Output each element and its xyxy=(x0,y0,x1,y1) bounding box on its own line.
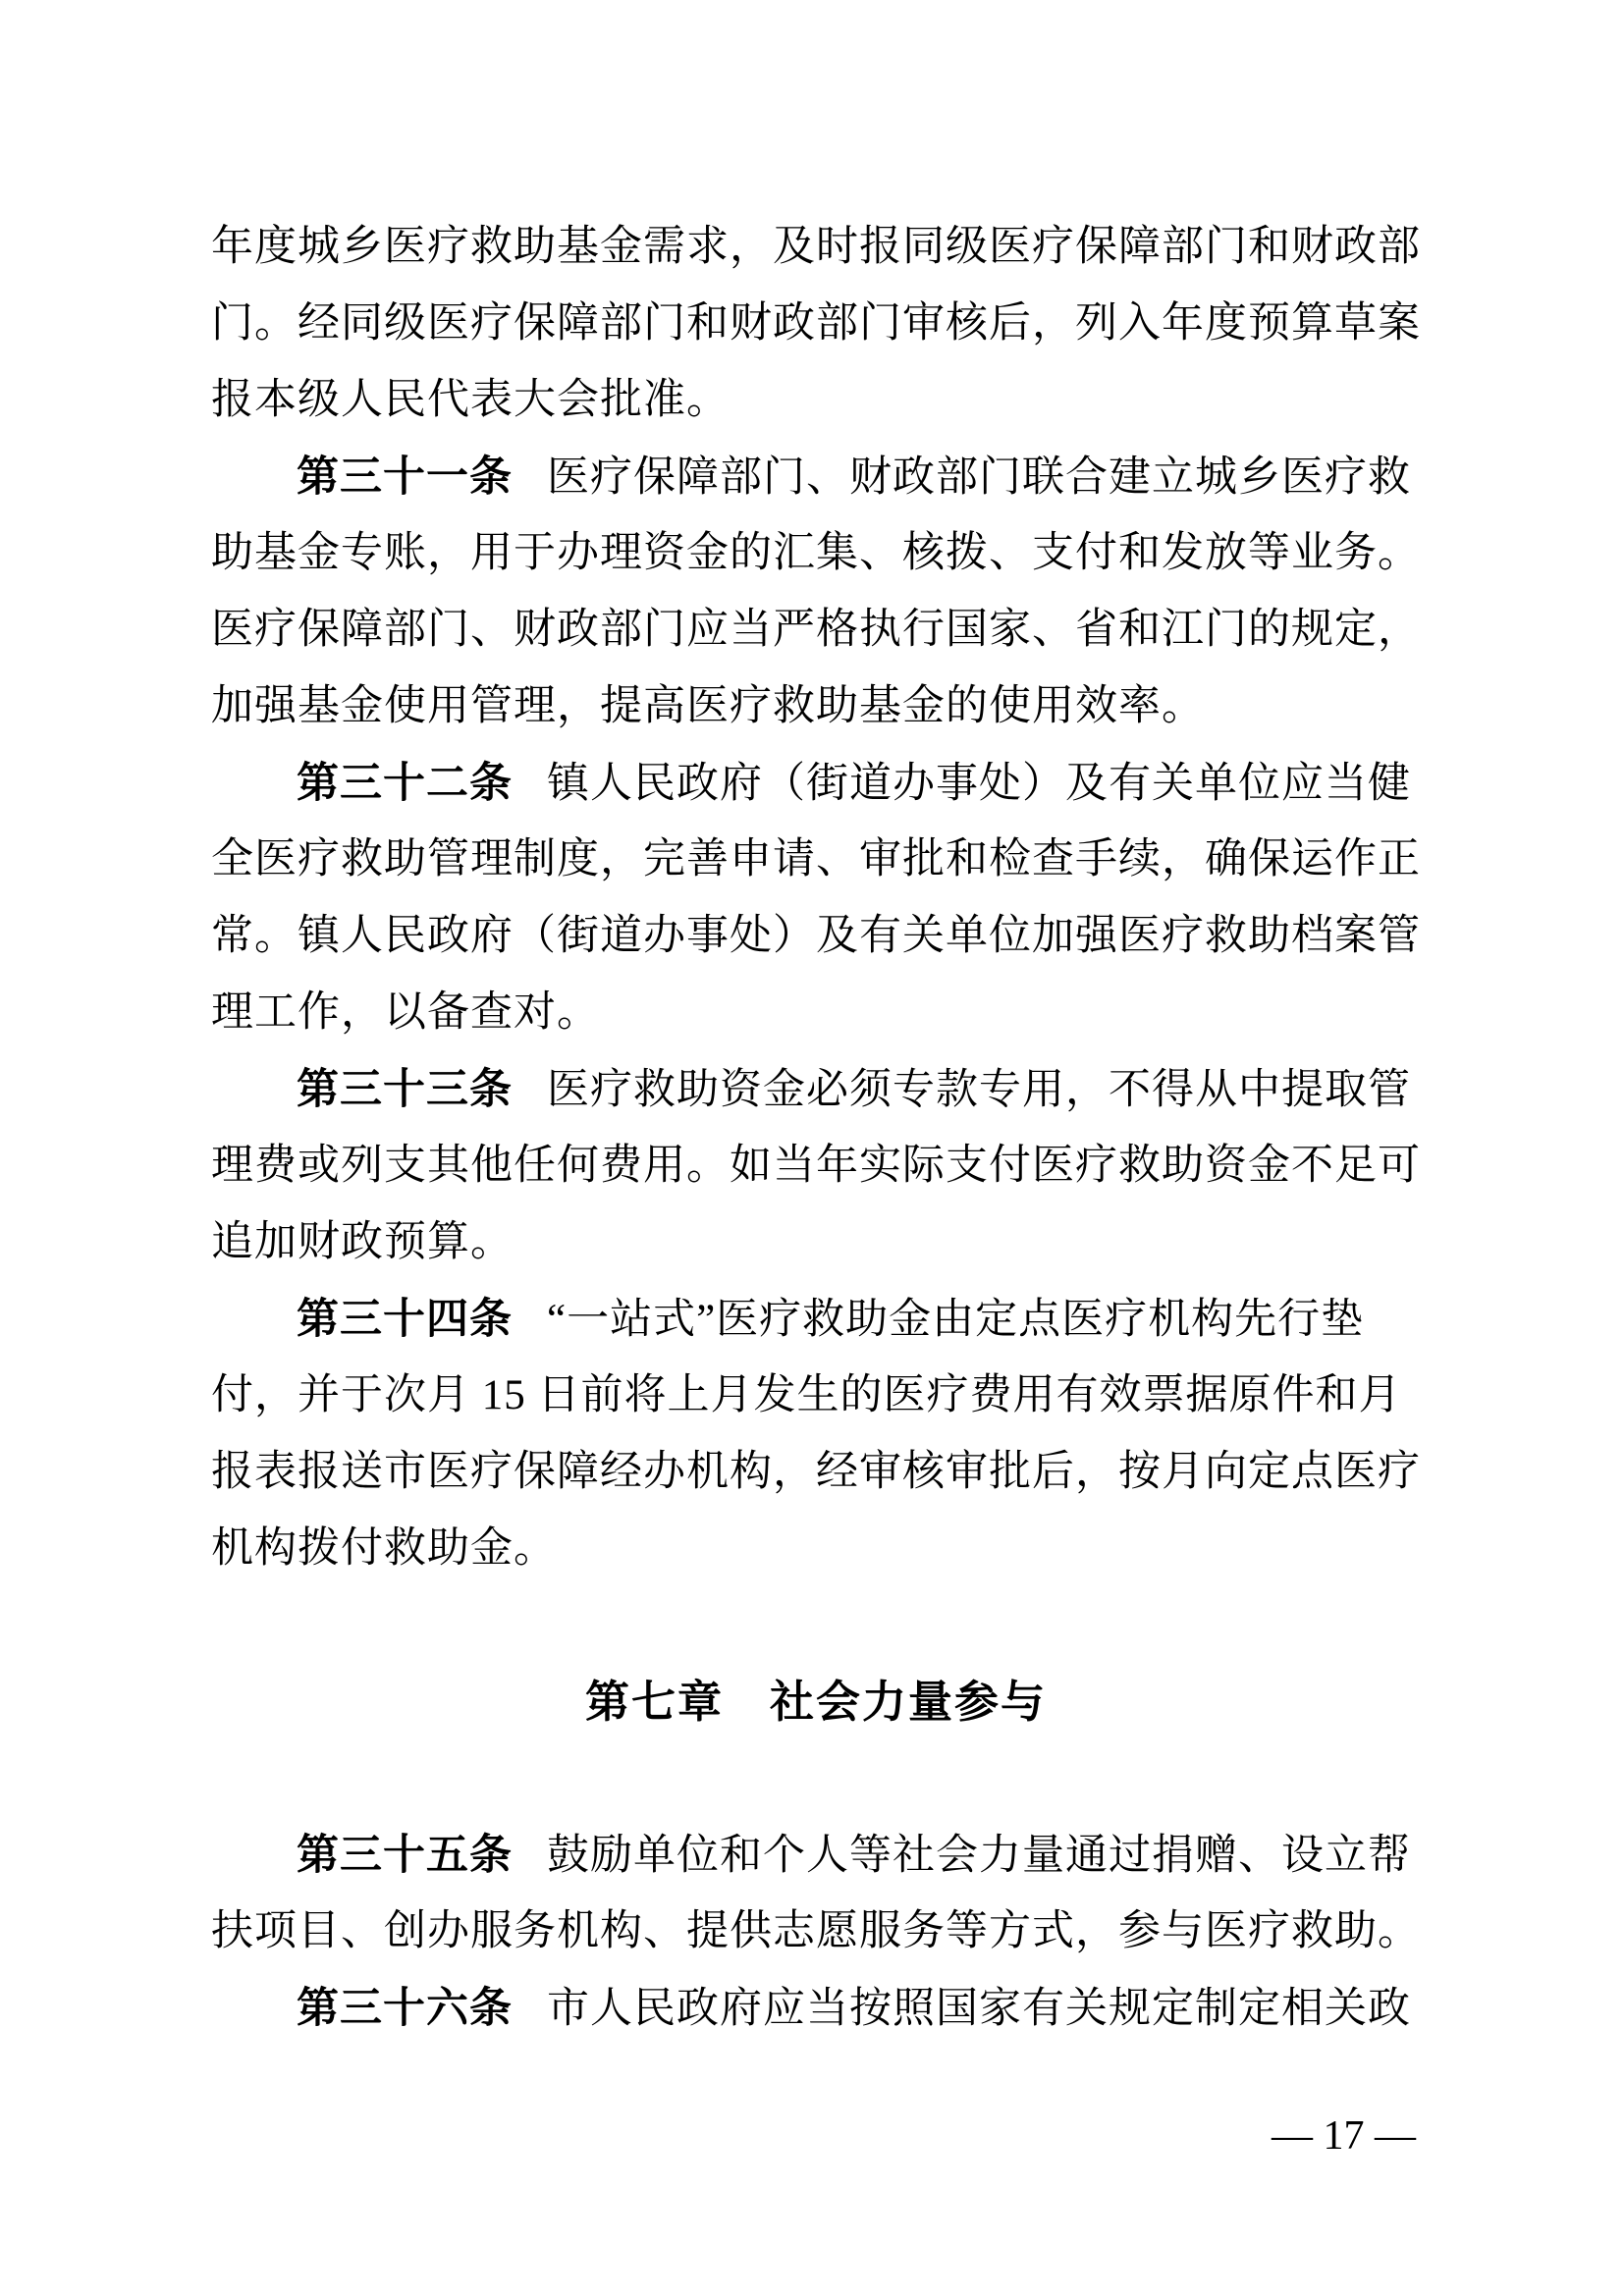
line-text: 报本级人民代表大会批准。 xyxy=(211,377,730,423)
article-number: 第三十一条 xyxy=(297,454,513,501)
line-text: 医疗保障部门、财政部门联合建立城乡医疗救 xyxy=(547,454,1411,501)
text-line: 第三十五条鼓励单位和个人等社会力量通过捐赠、设立帮 xyxy=(211,1817,1421,1894)
line-text: 理工作，以备查对。 xyxy=(211,989,600,1036)
text-line: 常。镇人民政府（街道办事处）及有关单位加强医疗救助档案管 xyxy=(211,898,1421,975)
chapter-heading: 第七章 社会力量参与 xyxy=(211,1664,1421,1740)
line-text: 镇人民政府（街道办事处）及有关单位应当健 xyxy=(547,761,1411,807)
line-text: 加强基金使用管理，提高医疗救助基金的使用效率。 xyxy=(211,683,1205,729)
text-line: 助基金专账，用于办理资金的汇集、核拨、支付和发放等业务。 xyxy=(211,515,1421,592)
document-body: 年度城乡医疗救助基金需求，及时报同级医疗保障部门和财政部门。经同级医疗保障部门和… xyxy=(211,209,1421,2047)
line-text: 常。镇人民政府（街道办事处）及有关单位加强医疗救助档案管 xyxy=(211,913,1421,959)
text-line: 医疗保障部门、财政部门应当严格执行国家、省和江门的规定， xyxy=(211,592,1421,668)
text-line: 报表报送市医疗保障经办机构，经审核审批后，按月向定点医疗 xyxy=(211,1434,1421,1511)
text-line: 加强基金使用管理，提高医疗救助基金的使用效率。 xyxy=(211,668,1421,745)
text-line: 理工作，以备查对。 xyxy=(211,975,1421,1051)
text-line: 第三十四条“一站式”医疗救助金由定点医疗机构先行垫 xyxy=(211,1281,1421,1358)
line-text: 鼓励单位和个人等社会力量通过捐赠、设立帮 xyxy=(547,1833,1411,1879)
article-number: 第三十二条 xyxy=(297,760,513,807)
text-line: 第三十一条医疗保障部门、财政部门联合建立城乡医疗救 xyxy=(211,439,1421,515)
text-line: 付，并于次月 15 日前将上月发生的医疗费用有效票据原件和月 xyxy=(211,1358,1421,1434)
line-text: 追加财政预算。 xyxy=(211,1219,514,1265)
line-text: 医疗救助资金必须专款专用，不得从中提取管 xyxy=(547,1067,1411,1113)
text-line: 机构拨付救助金。 xyxy=(211,1511,1421,1587)
line-text: 理费或列支其他任何费用。如当年实际支付医疗救助资金不足可 xyxy=(211,1143,1421,1189)
text-line: 全医疗救助管理制度，完善申请、审批和检查手续，确保运作正 xyxy=(211,822,1421,898)
text-line: 扶项目、创办服务机构、提供志愿服务等方式，参与医疗救助。 xyxy=(211,1894,1421,1970)
line-text: 门。经同级医疗保障部门和财政部门审核后，列入年度预算草案 xyxy=(211,300,1421,347)
text-line: 第三十六条市人民政府应当按照国家有关规定制定相关政 xyxy=(211,1970,1421,2047)
article-number: 第三十五条 xyxy=(297,1832,513,1879)
article-number: 第三十六条 xyxy=(297,1985,513,2032)
line-text: 市人民政府应当按照国家有关规定制定相关政 xyxy=(547,1986,1411,2032)
line-text: 助基金专账，用于办理资金的汇集、核拨、支付和发放等业务。 xyxy=(211,530,1421,576)
article-number: 第三十三条 xyxy=(297,1066,513,1113)
chapter-heading-text: 第七章 社会力量参与 xyxy=(585,1678,1047,1727)
text-line: 理费或列支其他任何费用。如当年实际支付医疗救助资金不足可 xyxy=(211,1128,1421,1204)
text-line: 年度城乡医疗救助基金需求，及时报同级医疗保障部门和财政部 xyxy=(211,209,1421,286)
line-text: “一站式”医疗救助金由定点医疗机构先行垫 xyxy=(547,1297,1364,1343)
line-text: 机构拨付救助金。 xyxy=(211,1525,557,1572)
blank-line xyxy=(211,1587,1421,1664)
line-text: 全医疗救助管理制度，完善申请、审批和检查手续，确保运作正 xyxy=(211,836,1421,882)
line-text: 年度城乡医疗救助基金需求，及时报同级医疗保障部门和财政部 xyxy=(211,224,1421,270)
page-number: — 17 — xyxy=(1272,2110,1416,2162)
line-text: 医疗保障部门、财政部门应当严格执行国家、省和江门的规定， xyxy=(211,607,1421,653)
line-text: 报表报送市医疗保障经办机构，经审核审批后，按月向定点医疗 xyxy=(211,1449,1421,1495)
line-text: 付，并于次月 15 日前将上月发生的医疗费用有效票据原件和月 xyxy=(211,1372,1402,1418)
text-line: 第三十二条镇人民政府（街道办事处）及有关单位应当健 xyxy=(211,745,1421,822)
text-line: 门。经同级医疗保障部门和财政部门审核后，列入年度预算草案 xyxy=(211,286,1421,362)
blank-line xyxy=(211,1740,1421,1817)
text-line: 报本级人民代表大会批准。 xyxy=(211,362,1421,439)
document-page: 年度城乡医疗救助基金需求，及时报同级医疗保障部门和财政部门。经同级医疗保障部门和… xyxy=(0,0,1624,2296)
text-line: 第三十三条医疗救助资金必须专款专用，不得从中提取管 xyxy=(211,1051,1421,1128)
text-line: 追加财政预算。 xyxy=(211,1204,1421,1281)
article-number: 第三十四条 xyxy=(297,1296,513,1343)
line-text: 扶项目、创办服务机构、提供志愿服务等方式，参与医疗救助。 xyxy=(211,1908,1421,1954)
